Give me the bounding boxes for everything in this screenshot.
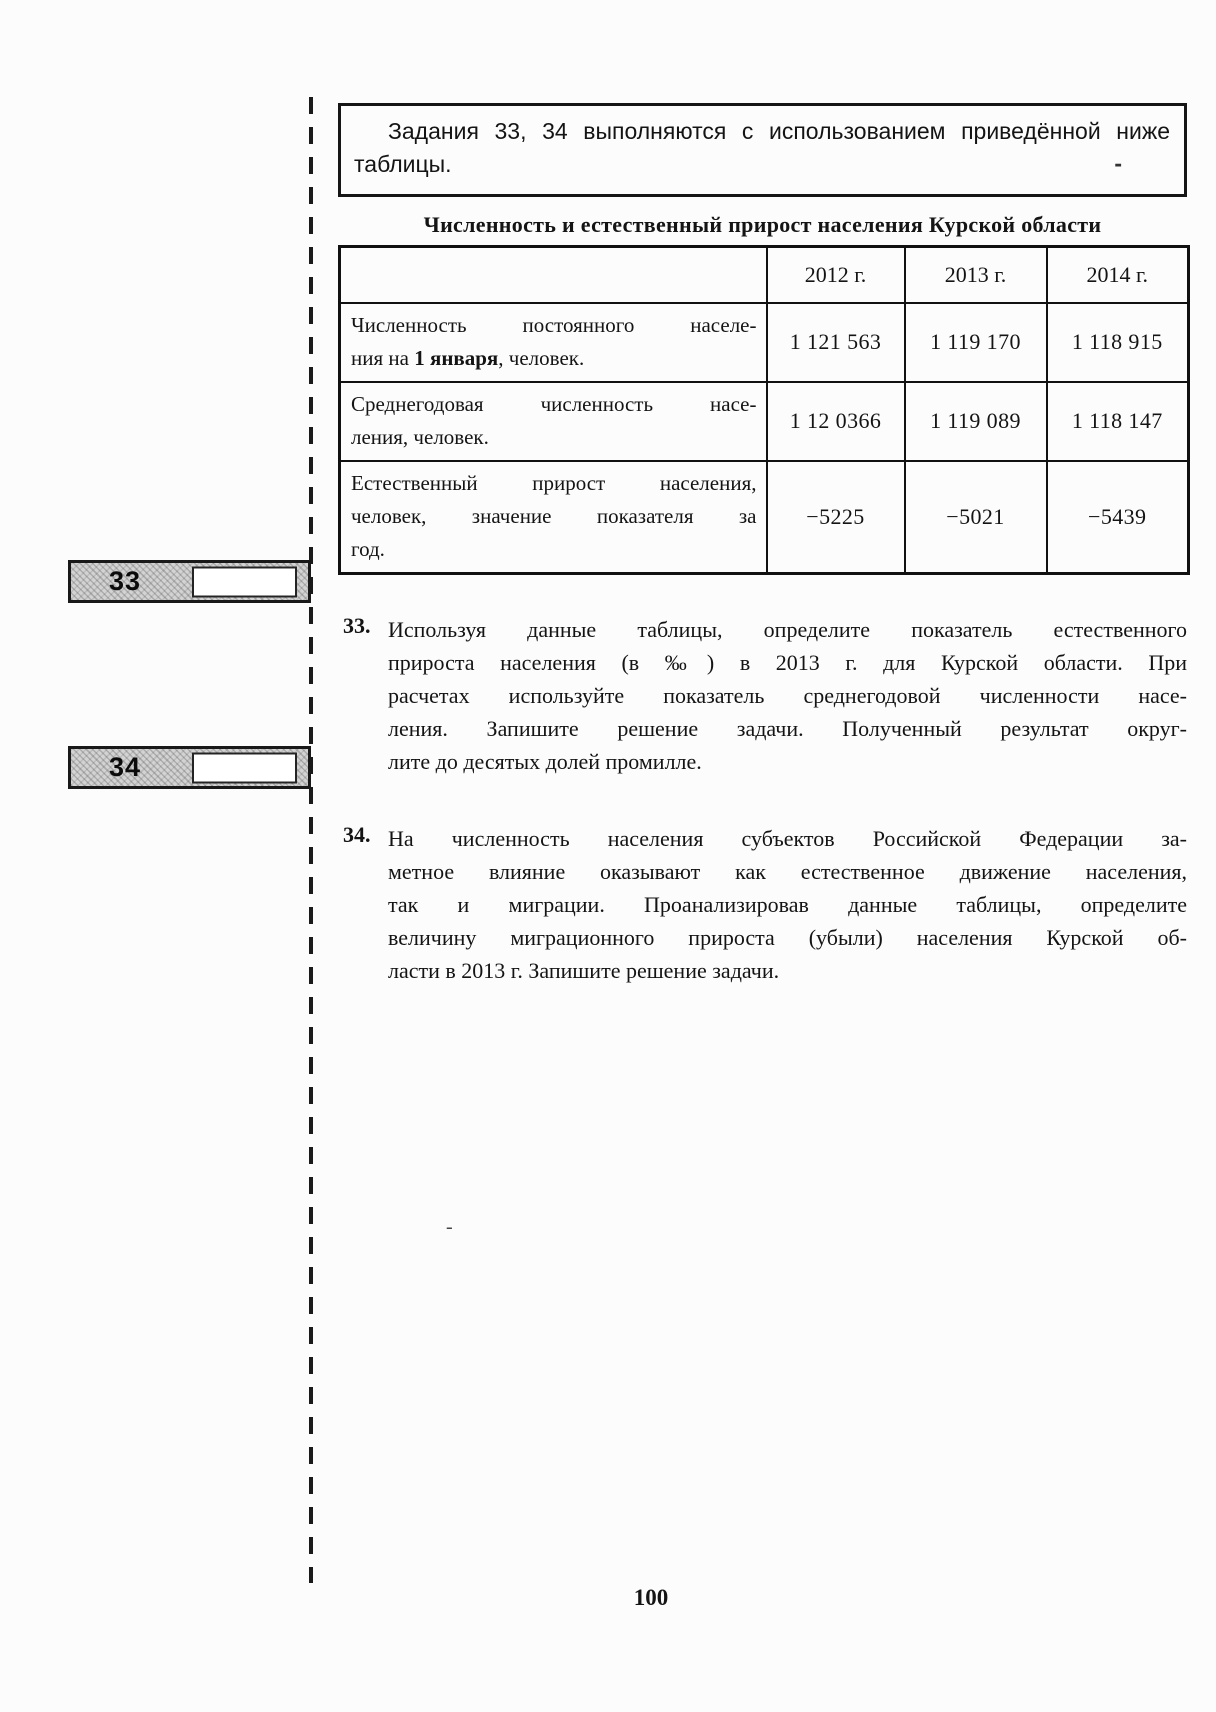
- tasks: 33.Используя данные таблицы, определите …: [338, 613, 1187, 987]
- table-row: Численность постоянного населе-ния на 1 …: [340, 303, 1189, 382]
- text-line: Численность постоянного населе-: [351, 309, 757, 342]
- answer-box-33: 33: [68, 560, 311, 603]
- text-line: ления. Запишите решение задачи. Полученн…: [388, 712, 1187, 745]
- answer-box-34: 34: [68, 746, 311, 789]
- year-column-header: 2013 г.: [905, 247, 1047, 303]
- scanned-document-page: 33 34 Задания 33, 34 выполняются с испол…: [0, 0, 1216, 1712]
- answer-box-34-label: 34: [109, 752, 141, 783]
- text-line: ласти в 2013 г. Запишите решение задачи.: [388, 954, 1187, 987]
- table-header-row: 2012 г.2013 г.2014 г.: [340, 247, 1189, 303]
- text-line: Среднегодовая численность насе-: [351, 388, 757, 421]
- text-line: ления, человек.: [351, 421, 757, 454]
- text-line: метное влияние оказывают как естественно…: [388, 855, 1187, 888]
- value-cell: 1 121 563: [767, 303, 905, 382]
- text-line: лите до десятых долей промилле.: [388, 745, 1187, 778]
- table-row: Естественный прирост населения,человек, …: [340, 461, 1189, 574]
- task-number: 33.: [338, 613, 388, 778]
- text-line: На численность населения субъектов Росси…: [388, 822, 1187, 855]
- value-cell: 1 118 147: [1047, 382, 1189, 461]
- answer-box-34-field: [192, 752, 297, 783]
- text-line: Естественный прирост населения,: [351, 467, 757, 500]
- task-text: На численность населения субъектов Росси…: [388, 822, 1187, 987]
- year-column-header: 2014 г.: [1047, 247, 1189, 303]
- value-cell: 1 119 170: [905, 303, 1047, 382]
- row-label-cell: Численность постоянного населе-ния на 1 …: [340, 303, 767, 382]
- task-34: 34.На численность населения субъектов Ро…: [338, 822, 1187, 987]
- dashed-cut-line: [309, 97, 313, 1583]
- row-label-cell: Среднегодовая численность насе-ления, че…: [340, 382, 767, 461]
- table-title: Численность и естественный прирост насел…: [338, 212, 1187, 238]
- text-line: Используя данные таблицы, определите пок…: [388, 613, 1187, 646]
- value-cell: −5225: [767, 461, 905, 574]
- task-text: Используя данные таблицы, определите пок…: [388, 613, 1187, 778]
- row-label-cell: Естественный прирост населения,человек, …: [340, 461, 767, 574]
- scan-artifact-dash: -: [1114, 146, 1122, 180]
- text-line: расчетах используйте показатель среднего…: [388, 679, 1187, 712]
- task-number: 34.: [338, 822, 388, 987]
- text-line: прироста населения (в ‰) в 2013 г. для К…: [388, 646, 1187, 679]
- intro-box: Задания 33, 34 выполняются с использован…: [338, 103, 1187, 197]
- answer-box-33-field: [192, 566, 297, 597]
- page-number: 100: [601, 1585, 701, 1611]
- table-body: Численность постоянного населе-ния на 1 …: [340, 303, 1189, 574]
- table-row: Среднегодовая численность насе-ления, че…: [340, 382, 1189, 461]
- table-corner-cell: [340, 247, 767, 303]
- text-line: человек, значение показателя за: [351, 500, 757, 533]
- scan-artifact-stray: -: [446, 1216, 453, 1239]
- text-line: величину миграционного прироста (убыли) …: [388, 921, 1187, 954]
- text-line: ния на 1 января, человек.: [351, 342, 757, 375]
- value-cell: −5021: [905, 461, 1047, 574]
- year-column-header: 2012 г.: [767, 247, 905, 303]
- content-column: Задания 33, 34 выполняются с использован…: [338, 103, 1187, 987]
- value-cell: −5439: [1047, 461, 1189, 574]
- text-line: таблицы.: [354, 148, 1170, 181]
- text-line: Задания 33, 34 выполняются с использован…: [354, 115, 1170, 148]
- answer-box-33-label: 33: [109, 566, 141, 597]
- text-line: год.: [351, 533, 757, 566]
- population-table: 2012 г.2013 г.2014 г. Численность постоя…: [338, 245, 1190, 575]
- task-33: 33.Используя данные таблицы, определите …: [338, 613, 1187, 778]
- value-cell: 1 12 0366: [767, 382, 905, 461]
- value-cell: 1 119 089: [905, 382, 1047, 461]
- value-cell: 1 118 915: [1047, 303, 1189, 382]
- intro-lines: Задания 33, 34 выполняются с использован…: [354, 115, 1170, 181]
- text-line: так и миграции. Проанализировав данные т…: [388, 888, 1187, 921]
